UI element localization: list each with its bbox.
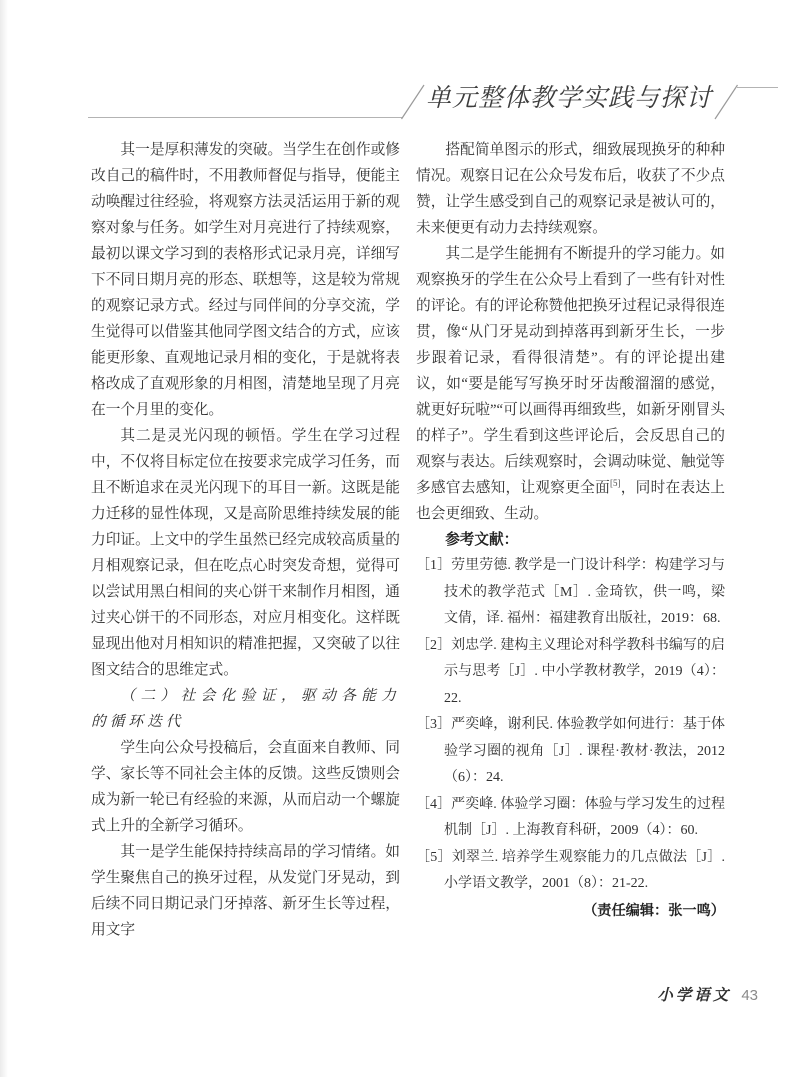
citation-mark-5: [5] xyxy=(610,478,621,488)
paragraph-learning-ability-text: 其二是学生能拥有不断提升的学习能力。如观察换牙的学生在公众号上看到了一些有针对性… xyxy=(416,246,725,496)
reference-label: ［2］ xyxy=(416,638,451,653)
column-right: 搭配简单图示的形式，细致展现换牙的种种情况。观察日记在公众号发布后，收获了不少点… xyxy=(416,137,725,924)
paragraph-breakthrough: 其一是厚积薄发的突破。当学生在创作或修改自己的稿件时，不用教师督促与指导，便能主… xyxy=(91,137,400,423)
reference-text: 刘忠学. 建构主义理论对科学教科书编写的启示与思考［J］. 中小学教材教学，20… xyxy=(444,638,725,706)
reference-item: ［4］严奕峰. 体验学习圈：体验与学习发生的过程机制［J］. 上海教育科研，20… xyxy=(416,792,725,845)
paragraph-epiphany: 其二是灵光闪现的顿悟。学生在学习过程中，不仅将目标定位在按要求完成学习任务，而且… xyxy=(91,423,400,683)
footer-page-number: 43 xyxy=(741,987,758,1004)
section-heading-social-validation: （二）社会化验证，驱动各能力的循环迭代 xyxy=(91,683,400,735)
reference-label: ［4］ xyxy=(416,797,451,812)
references-heading: 参考文献： xyxy=(416,527,725,553)
reference-label: ［3］ xyxy=(416,717,451,732)
paragraph-emotion-continued: 搭配简单图示的形式，细致展现换牙的种种情况。观察日记在公众号发布后，收获了不少点… xyxy=(416,137,725,241)
reference-item: ［1］劳里劳德. 教学是一门设计科学：构建学习与技术的教学范式［M］. 金琦钦，… xyxy=(416,553,725,633)
column-left: 其一是厚积薄发的突破。当学生在创作或修改自己的稿件时，不用教师督促与指导，便能主… xyxy=(91,137,400,943)
reference-label: ［1］ xyxy=(416,558,451,573)
reference-text: 严奕峰，谢利民. 体验教学如何进行：基于体验学习圈的视角［J］. 课程·教材·教… xyxy=(444,717,725,785)
footer-journal-name: 小学语文 xyxy=(657,983,731,1005)
page-title: 单元整体教学实践与探讨 xyxy=(426,82,726,116)
reference-item: ［2］刘忠学. 建构主义理论对科学教科书编写的启示与思考［J］. 中小学教材教学… xyxy=(416,633,725,713)
reference-text: 严奕峰. 体验学习圈：体验与学习发生的过程机制［J］. 上海教育科研，2009（… xyxy=(444,797,725,839)
paragraph-emotion-start: 其一是学生能保持持续高昂的学习情绪。如学生聚焦自己的换牙过程，从发觉门牙晃动，到… xyxy=(91,839,400,943)
reference-label: ［5］ xyxy=(416,850,452,865)
page-edge-shade xyxy=(0,0,8,1077)
reference-item: ［3］严奕峰，谢利民. 体验教学如何进行：基于体验学习圈的视角［J］. 课程·教… xyxy=(416,712,725,792)
reference-item: ［5］刘翠兰. 培养学生观察能力的几点做法［J］. 小学语文教学，2001（8）… xyxy=(416,845,725,898)
journal-page: 单元整体教学实践与探讨 其一是厚积薄发的突破。当学生在创作或修改自己的稿件时，不… xyxy=(0,0,800,1077)
reference-text: 劳里劳德. 教学是一门设计科学：构建学习与技术的教学范式［M］. 金琦钦，供一鸣… xyxy=(444,558,725,626)
editor-note: （责任编辑：张一鸣） xyxy=(416,898,725,924)
reference-list: ［1］劳里劳德. 教学是一门设计科学：构建学习与技术的教学范式［M］. 金琦钦，… xyxy=(416,553,725,898)
paragraph-feedback-cycle: 学生向公众号投稿后，会直面来自教师、同学、家长等不同社会主体的反馈。这些反馈则会… xyxy=(91,735,400,839)
reference-text: 刘翠兰. 培养学生观察能力的几点做法［J］. 小学语文教学，2001（8）：21… xyxy=(444,850,725,892)
page-footer: 小学语文 43 xyxy=(657,983,758,1005)
paragraph-learning-ability: 其二是学生能拥有不断提升的学习能力。如观察换牙的学生在公众号上看到了一些有针对性… xyxy=(416,241,725,527)
